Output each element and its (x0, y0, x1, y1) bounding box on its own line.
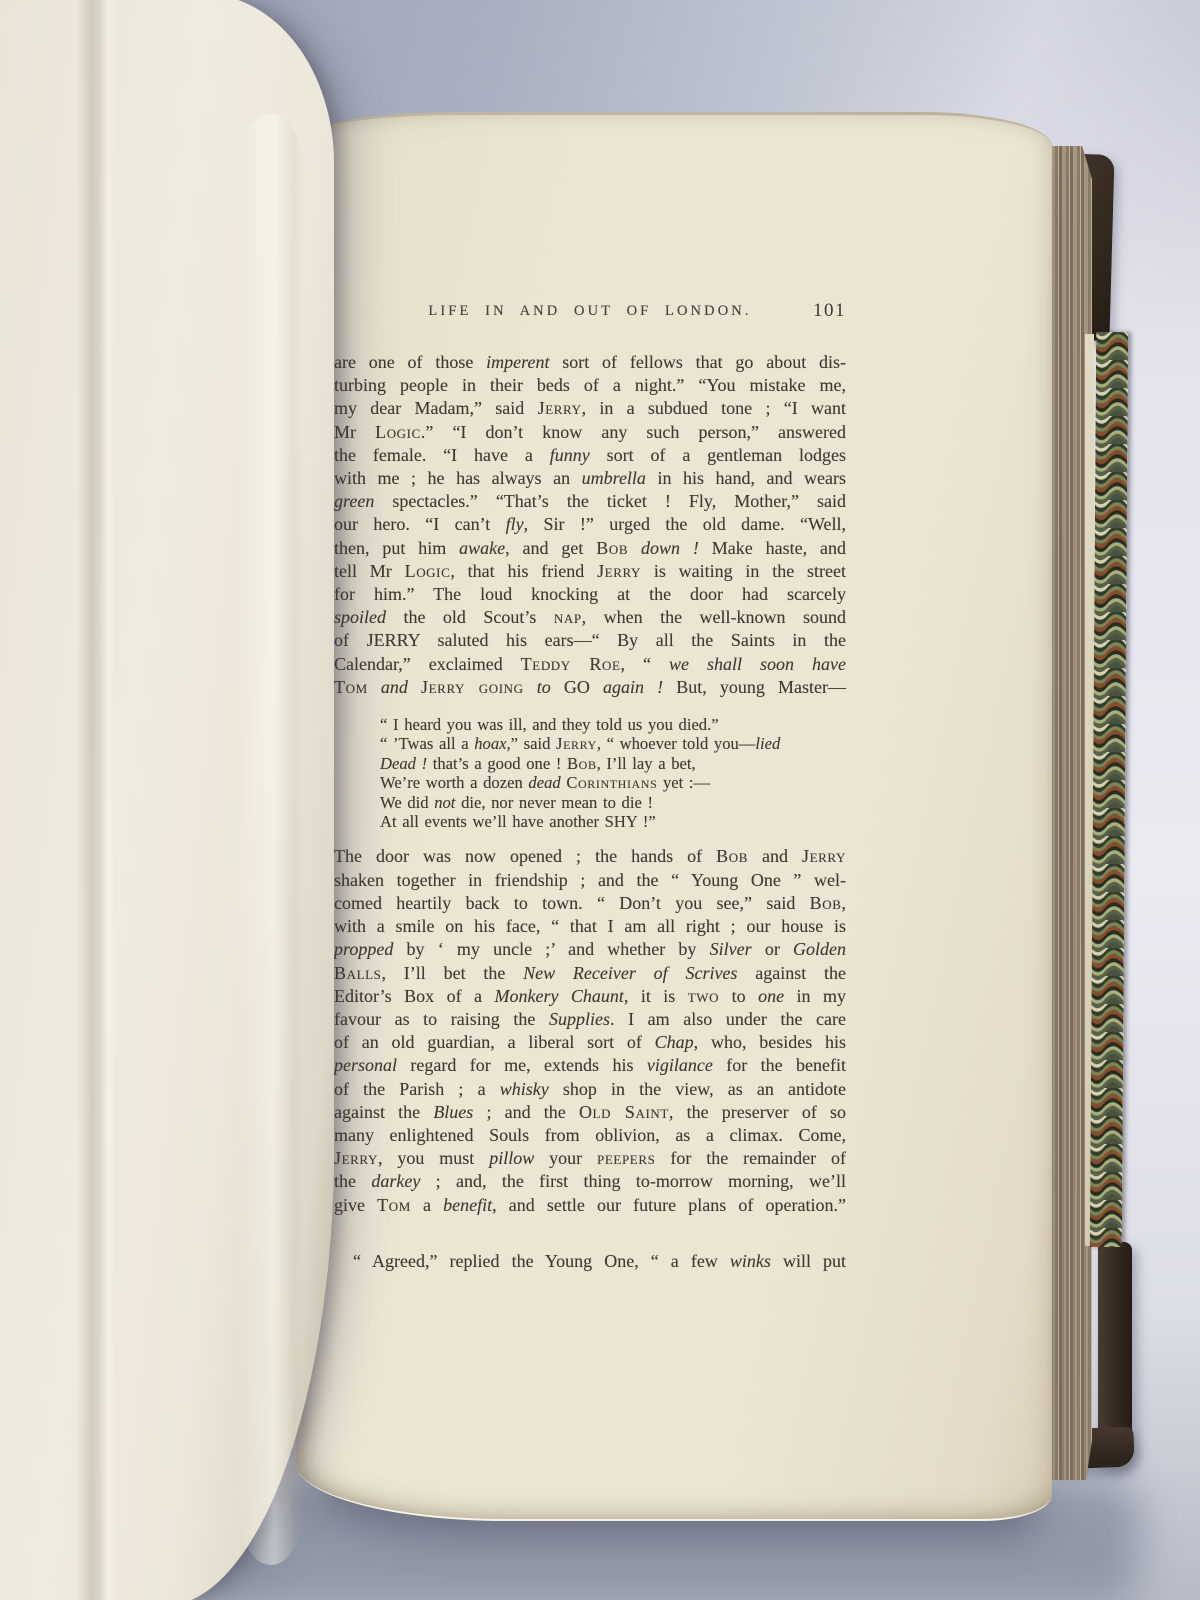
text-line: turbing people in their beds of a night.… (334, 374, 846, 397)
text-line: the female. “I have a funny sort of a ge… (334, 444, 846, 467)
book-page: LIFE IN AND OUT OF LONDON. 101 are one o… (296, 112, 1052, 1521)
page-crease-shadow (76, 0, 116, 1600)
text-line: of JERRY saluted his ears—“ By all the S… (334, 629, 846, 652)
running-title: LIFE IN AND OUT OF LONDON. (334, 303, 846, 320)
text-line: Jerry, you must pillow your peepers for … (334, 1147, 846, 1170)
text-line: with me ; he has always an umbrella in h… (334, 467, 846, 490)
text-line: comed heartily back to town. “ Don’t you… (334, 892, 846, 915)
text-line: “ I heard you was ill, and they told us … (380, 715, 846, 734)
page-number: 101 (813, 300, 846, 322)
text-line: The door was now opened ; the hands of B… (334, 845, 846, 868)
marbled-endpaper (1090, 332, 1128, 1247)
text-line: Editor’s Box of a Monkery Chaunt, it is … (334, 985, 846, 1008)
text-line: of an old guardian, a liberal sort of Ch… (334, 1031, 846, 1054)
text-line: are one of those imperent sort of fellow… (334, 351, 846, 374)
text-line: At all events we’ll have another SHY !” (380, 812, 846, 831)
text-block: are one of those imperent sort of fellow… (334, 351, 846, 1273)
text-line: Calendar,” exclaimed Teddy Roe, “ we sha… (334, 653, 846, 676)
text-line: personal regard for me, extends his vigi… (334, 1054, 846, 1077)
marbled-pattern (1090, 332, 1128, 1247)
text-line: shaken together in friendship ; and the … (334, 869, 846, 892)
text-line: Mr Logic.” “I don’t know any such person… (334, 421, 846, 444)
text-line: our hero. “I can’t fly, Sir !” urged the… (334, 513, 846, 536)
text-line: propped by ‘ my uncle ;’ and whether by … (334, 938, 846, 961)
text-line: of the Parish ; a whisky shop in the vie… (334, 1078, 846, 1101)
text-line: We’re worth a dozen dead Corinthians yet… (380, 773, 846, 792)
text-line: against the Blues ; and the Old Saint, t… (334, 1101, 846, 1124)
page-curl-highlight (238, 114, 304, 1565)
text-line: green spectacles.” “That’s the ticket ! … (334, 490, 846, 513)
text-line: We did not die, nor never mean to die ! (380, 793, 846, 812)
text-line: spoiled the old Scout’s nap, when the we… (334, 606, 846, 629)
text-line: tell Mr Logic, that his friend Jerry is … (334, 560, 846, 583)
text-line: many enlightened Souls from oblivion, as… (334, 1124, 846, 1147)
text-line: my dear Madam,” said Jerry, in a subdued… (334, 397, 846, 420)
text-line: then, put him awake, and get Bob down ! … (334, 537, 846, 560)
text-line: favour as to raising the Supplies. I am … (334, 1008, 846, 1031)
prose-paragraph: The door was now opened ; the hands of B… (334, 845, 846, 1216)
text-line: Balls, I’ll bet the New Receiver of Scri… (334, 962, 846, 985)
prose-paragraph: are one of those imperent sort of fellow… (334, 351, 846, 699)
verse-paragraph: “ I heard you was ill, and they told us … (380, 715, 846, 831)
text-line: “ Agreed,” replied the Young One, “ a fe… (334, 1250, 846, 1273)
photo-of-open-book: { "book_page": { "running_title": "LIFE … (0, 0, 1200, 1600)
text-column: LIFE IN AND OUT OF LONDON. 101 are one o… (334, 303, 846, 1273)
text-line: Dead ! that’s a good one ! Bob, I’ll lay… (380, 754, 846, 773)
text-line: Tom and Jerry going to GO again ! But, y… (334, 676, 846, 699)
page-header: LIFE IN AND OUT OF LONDON. 101 (334, 303, 846, 327)
text-line: give Tom a benefit, and settle our futur… (334, 1194, 846, 1217)
text-line: with a smile on his face, “ that I am al… (334, 915, 846, 938)
lifted-pages (0, 0, 334, 1600)
prose-paragraph: “ Agreed,” replied the Young One, “ a fe… (334, 1250, 846, 1273)
text-line: for him.” The loud knocking at the door … (334, 583, 846, 606)
text-line: “ ’Twas all a hoax,” said Jerry, “ whoev… (380, 734, 846, 753)
text-line: the darkey ; and, the first thing to-mor… (334, 1170, 846, 1193)
